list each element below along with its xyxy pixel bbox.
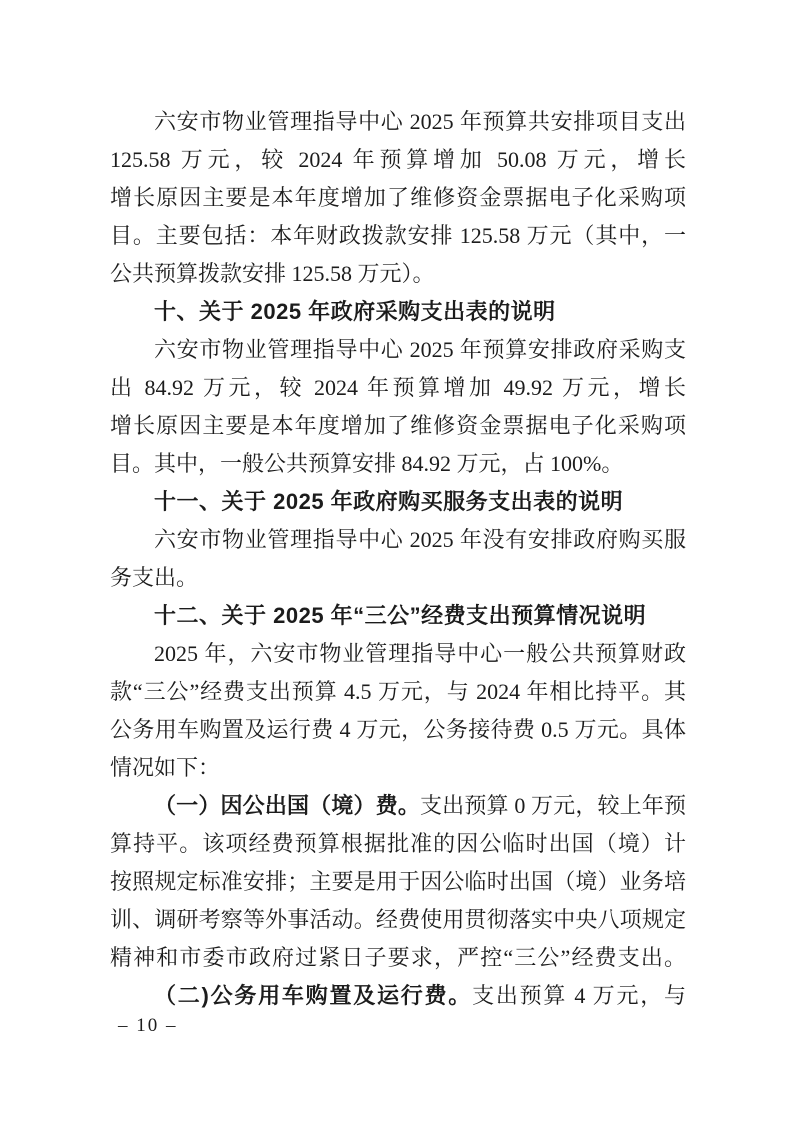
line-text: 公共预算拨款安排 125.58 万元）。 — [110, 261, 435, 286]
paragraph-line: 情况如下： — [110, 749, 686, 787]
line-text: 2025 年，六安市物业管理指导中心一般公共预算财政拨 — [110, 641, 686, 673]
line-text: 情况如下： — [110, 755, 220, 780]
paragraph-line: 目。其中，一般公共预算安排 84.92 万元，占 100%。 — [110, 445, 686, 483]
line-text: 增长原因主要是本年度增加了维修资金票据电子化采购项 — [110, 185, 686, 210]
paragraph-line: 训、调研考察等外事活动。经费使用贯彻落实中央八项规定 — [110, 901, 686, 939]
heading-text: 十二、关于 2025 年“三公”经费支出预算情况说明 — [154, 603, 646, 628]
line-text: 目。主要包括：本年财政拨款安排 125.58 万元（其中，一般 — [110, 223, 686, 255]
section-heading-11: 十一、关于 2025 年政府购买服务支出表的说明 — [110, 483, 686, 521]
line-text: 六安市物业管理指导中心 2025 年预算共安排项目支出 — [154, 109, 686, 134]
line-text: 目。其中，一般公共预算安排 84.92 万元，占 100%。 — [110, 451, 623, 476]
paragraph-line: 公务用车购置及运行费 4 万元，公务接待费 0.5 万元。具体 — [110, 711, 686, 749]
paragraph-line: 增长原因主要是本年度增加了维修资金票据电子化采购项 — [110, 407, 686, 445]
paragraph-line: 六安市物业管理指导中心 2025 年没有安排政府购买服 — [110, 521, 686, 559]
line-text: 款“三公”经费支出预算 4.5 万元，与 2024 年相比持平。其中： — [110, 679, 686, 711]
heading-text: 十一、关于 2025 年政府购买服务支出表的说明 — [154, 489, 623, 514]
section-heading-10: 十、关于 2025 年政府采购支出表的说明 — [110, 293, 686, 331]
paragraph-line: （二)公务用车购置及运行费。支出预算 4 万元，与 2024 — [110, 977, 686, 1015]
line-text: 支出预算 0 万元，较上年预 — [420, 793, 686, 818]
line-text: 精神和市委市政府过紧日子要求，严控“三公”经费支出。 — [110, 945, 686, 970]
line-text: 六安市物业管理指导中心 2025 年没有安排政府购买服 — [154, 527, 686, 552]
paragraph-line: 算持平。该项经费预算根据批准的因公临时出国（境）计划， — [110, 825, 686, 863]
subheading-bold: （二)公务用车购置及运行费。 — [154, 983, 472, 1008]
paragraph-line: 目。主要包括：本年财政拨款安排 125.58 万元（其中，一般 — [110, 217, 686, 255]
line-text: 六安市物业管理指导中心 2025 年预算安排政府采购支 — [154, 337, 686, 362]
paragraph-line: 款“三公”经费支出预算 4.5 万元，与 2024 年相比持平。其中： — [110, 673, 686, 711]
paragraph-line: 六安市物业管理指导中心 2025 年预算共安排项目支出 — [110, 103, 686, 141]
line-text: 增长原因主要是本年度增加了维修资金票据电子化采购项 — [110, 413, 686, 438]
document-page: 六安市物业管理指导中心 2025 年预算共安排项目支出 125.58 万元，较 … — [0, 0, 793, 1122]
paragraph-line: 六安市物业管理指导中心 2025 年预算安排政府采购支 — [110, 331, 686, 369]
paragraph-line: 精神和市委市政府过紧日子要求，严控“三公”经费支出。 — [110, 939, 686, 977]
section-heading-12: 十二、关于 2025 年“三公”经费支出预算情况说明 — [110, 597, 686, 635]
heading-text: 十、关于 2025 年政府采购支出表的说明 — [154, 299, 556, 324]
paragraph-line: （一）因公出国（境）费。支出预算 0 万元，较上年预 — [110, 787, 686, 825]
page-number: – 10 – — [118, 1012, 178, 1040]
line-text: 125.58 万元，较 2024 年预算增加 50.08 万元，增长 66.33… — [110, 147, 686, 179]
paragraph-line: 务支出。 — [110, 559, 686, 597]
line-text: 务支出。 — [110, 565, 198, 590]
line-text: 公务用车购置及运行费 4 万元，公务接待费 0.5 万元。具体 — [110, 717, 686, 742]
line-text: 按照规定标准安排；主要是用于因公临时出国（境）业务培 — [110, 869, 686, 894]
paragraph-line: 2025 年，六安市物业管理指导中心一般公共预算财政拨 — [110, 635, 686, 673]
paragraph-line: 公共预算拨款安排 125.58 万元）。 — [110, 255, 686, 293]
document-body: 六安市物业管理指导中心 2025 年预算共安排项目支出 125.58 万元，较 … — [110, 103, 686, 1015]
paragraph-line: 按照规定标准安排；主要是用于因公临时出国（境）业务培 — [110, 863, 686, 901]
paragraph-line: 125.58 万元，较 2024 年预算增加 50.08 万元，增长 66.33… — [110, 141, 686, 179]
line-text: 算持平。该项经费预算根据批准的因公临时出国（境）计划， — [110, 831, 686, 863]
line-text: 训、调研考察等外事活动。经费使用贯彻落实中央八项规定 — [110, 907, 686, 932]
paragraph-line: 出 84.92 万元，较 2024 年预算增加 49.92 万元，增长 143%… — [110, 369, 686, 407]
subheading-bold: （一）因公出国（境）费。 — [154, 793, 420, 818]
line-text: 出 84.92 万元，较 2024 年预算增加 49.92 万元，增长 143%… — [110, 375, 686, 407]
paragraph-line: 增长原因主要是本年度增加了维修资金票据电子化采购项 — [110, 179, 686, 217]
